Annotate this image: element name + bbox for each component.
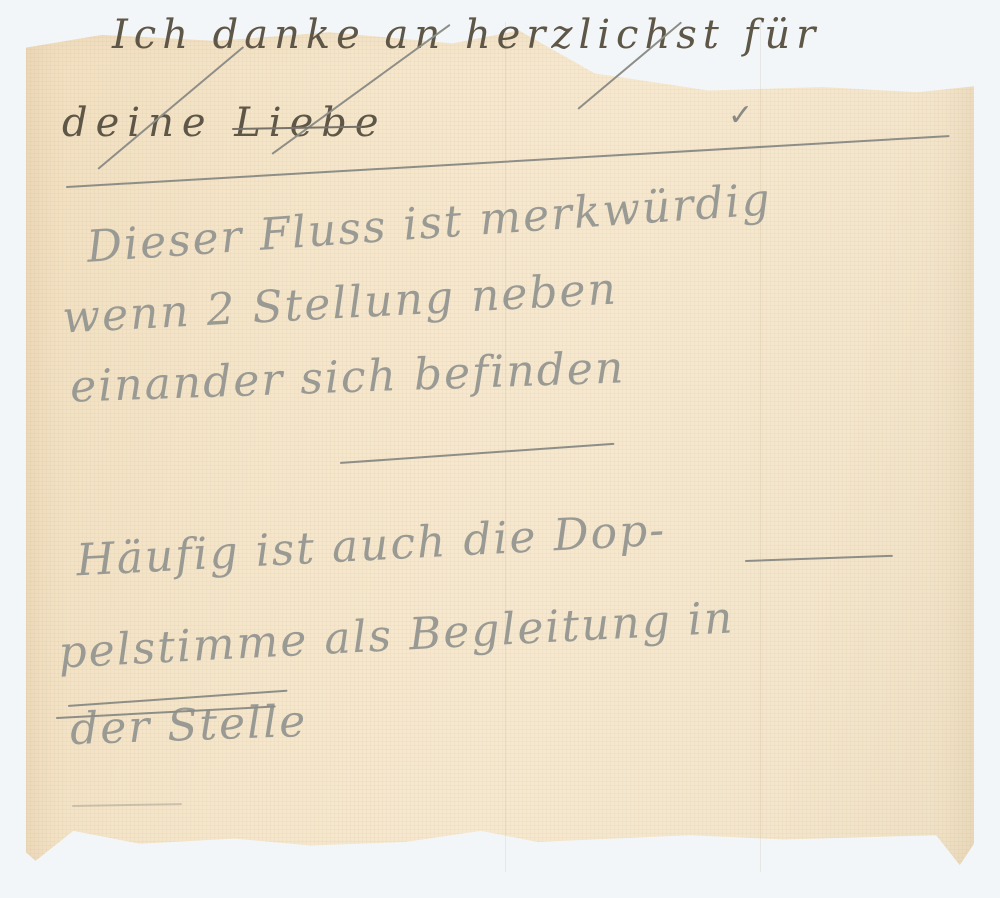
paper-fold-line <box>760 22 761 872</box>
ink-line-1: Ich danke an herzlichst für <box>112 12 821 58</box>
paper-fold-line <box>505 22 506 872</box>
check-mark-icon: ✓ <box>728 98 753 133</box>
